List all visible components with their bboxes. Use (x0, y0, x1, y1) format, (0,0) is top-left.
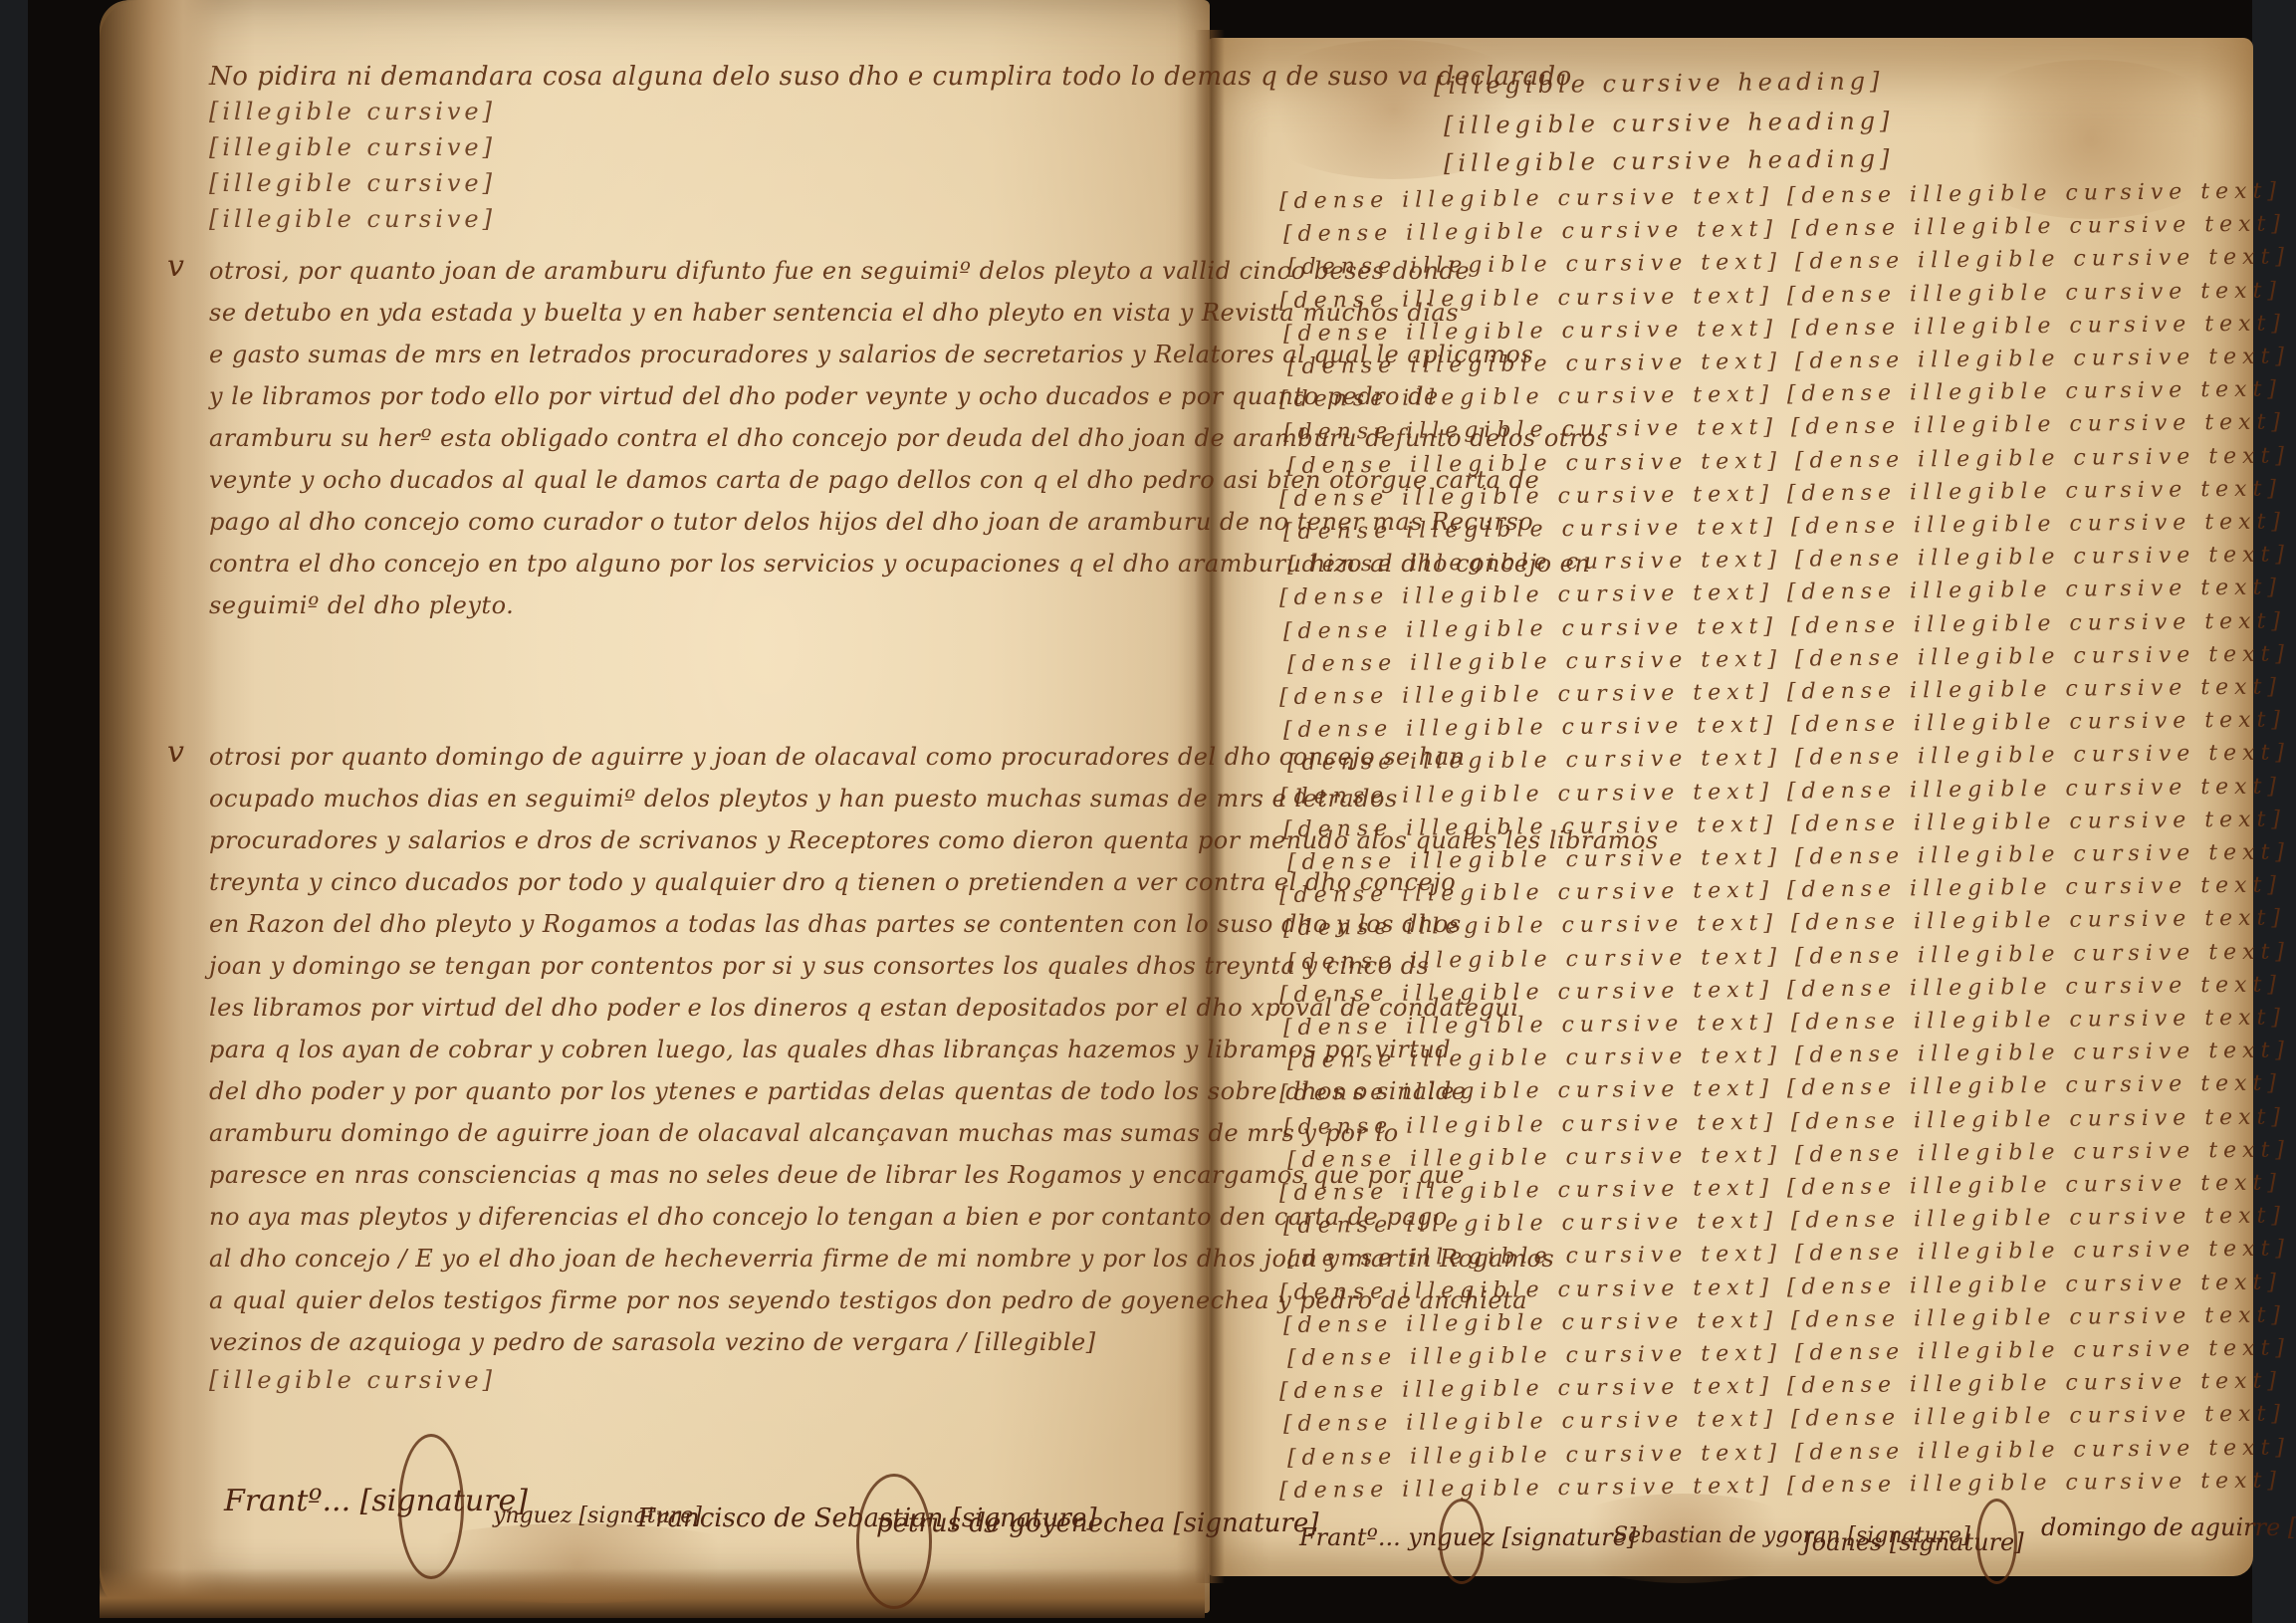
background-frame-left (0, 0, 28, 1623)
margin-mark: v (167, 249, 184, 284)
text-line: otrosi, por quanto joan de aramburu difu… (209, 257, 1470, 285)
signature: Frantº... [signature] (224, 1484, 528, 1518)
text-line: No pidira ni demandara cosa alguna delo … (209, 62, 1572, 92)
signature-flourish (1976, 1499, 2017, 1584)
text-line: vezinos de azquioga y pedro de sarasola … (209, 1328, 1096, 1356)
text-line: en Razon del dho pleyto y Rogamos a toda… (209, 910, 1462, 938)
signature: domingo de aguirre [signature] (2041, 1513, 2296, 1541)
signature-flourish (856, 1474, 932, 1609)
heading-line: [illegible cursive heading] (1434, 67, 1885, 100)
text-line: [illegible cursive] (209, 205, 496, 233)
text-line: aramburu domingo de aguirre joan de olac… (209, 1119, 1399, 1147)
text-line: treynta y cinco ducados por todo y qualq… (209, 868, 1456, 896)
text-line: para q los ayan de cobrar y cobren luego… (209, 1036, 1451, 1063)
text-line: otrosi por quanto domingo de aguirre y j… (209, 743, 1466, 771)
text-line: se detubo en yda estada y buelta y en ha… (209, 299, 1459, 327)
text-line: no aya mas pleytos y diferencias el dho … (209, 1203, 1448, 1231)
text-line: del dho poder y por quanto por los ytene… (209, 1077, 1466, 1105)
heading-line: [illegible cursive heading] (1444, 144, 1895, 177)
margin-mark: v (167, 735, 184, 770)
text-line: seguimiº del dho pleyto. (209, 591, 514, 619)
text-line: paresce en nras consciencias q mas no se… (209, 1161, 1465, 1189)
signature: petrus de goyenechea [signature] (876, 1508, 1318, 1538)
text-line: [illegible cursive] (209, 1366, 496, 1394)
signature-flourish (1439, 1499, 1485, 1584)
text-line: y le libramos por todo ello por virtud d… (209, 382, 1439, 410)
heading-line: [illegible cursive heading] (1444, 107, 1895, 139)
text-line: ocupado muchos dias en seguimiº delos pl… (209, 785, 1398, 812)
text-line: [illegible cursive] (209, 169, 496, 197)
signature-flourish (398, 1434, 464, 1579)
left-page-curled-edge (100, 0, 219, 1618)
text-line: [illegible cursive] (209, 98, 496, 125)
text-line: [illegible cursive] (209, 133, 496, 161)
text-line: joan y domingo se tengan por contentos p… (209, 952, 1429, 980)
